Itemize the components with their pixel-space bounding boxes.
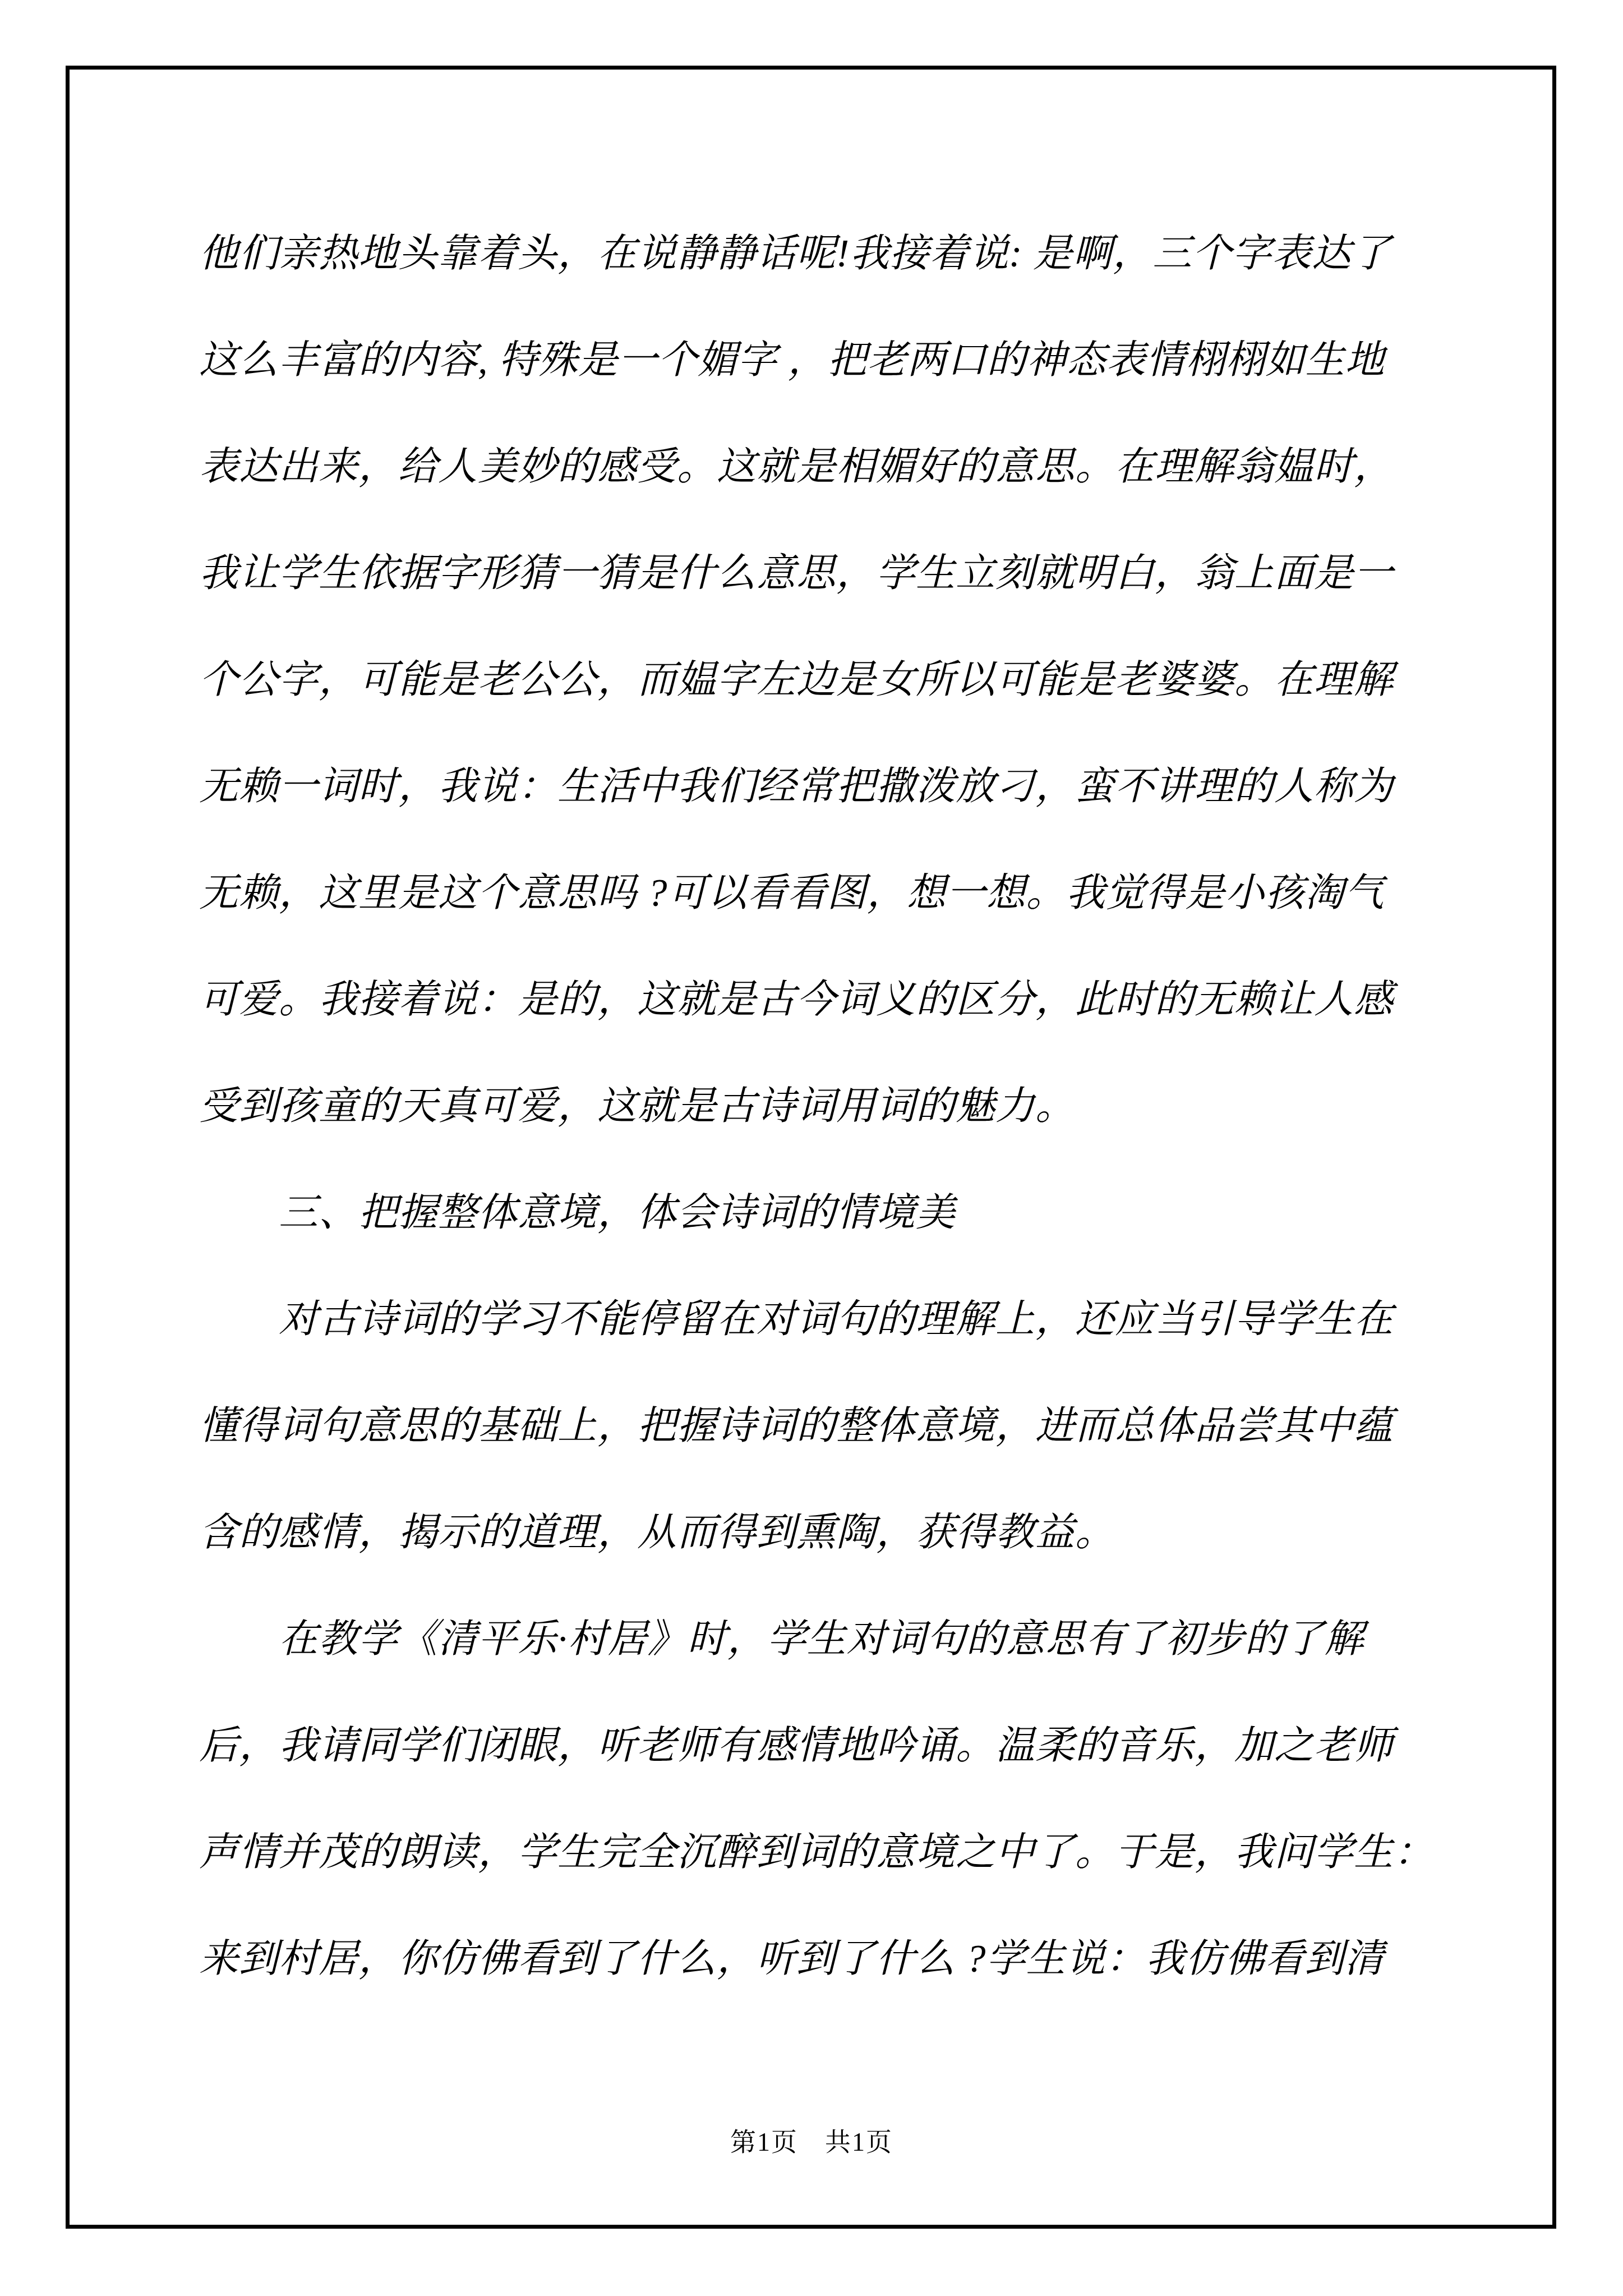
text-line: 对古诗词的学习不能停留在对词句的理解上，还应当引导学生在 bbox=[199, 1267, 1467, 1373]
document-page: 他们亲热地头靠着头，在说静静话呢!我接着说: 是啊，三个字表达了 这么丰富的内容… bbox=[0, 0, 1623, 2296]
page-number: 第1页 共1页 bbox=[0, 2122, 1623, 2159]
text-line: 在教学《清平乐·村居》时，学生对词句的意思有了初步的了解 bbox=[199, 1586, 1467, 1693]
text-line: 来到村居，你仿佛看到了什么，听到了什么 ?学生说：我仿佛看到清 bbox=[199, 1906, 1467, 2013]
text-line: 他们亲热地头靠着头，在说静静话呢!我接着说: 是啊，三个字表达了 bbox=[199, 201, 1467, 307]
text-line: 这么丰富的内容, 特殊是一个媚字 ，把老两口的神态表情栩栩如生地 bbox=[199, 307, 1467, 414]
section-heading: 三、把握整体意境，体会诗词的情境美 bbox=[199, 1160, 1467, 1267]
text-line: 表达出来，给人美妙的感受。这就是相媚好的意思。在理解翁媪时， bbox=[199, 414, 1467, 521]
text-line: 含的感情，揭示的道理，从而得到熏陶，获得教益。 bbox=[199, 1480, 1467, 1586]
text-line: 声情并茂的朗读，学生完全沉醉到词的意境之中了。于是，我问学生： bbox=[199, 1800, 1467, 1906]
text-line: 后，我请同学们闭眼，听老师有感情地吟诵。温柔的音乐，加之老师 bbox=[199, 1693, 1467, 1800]
text-line: 无赖，这里是这个意思吗 ?可以看看图，想一想。我觉得是小孩淘气 bbox=[199, 840, 1467, 947]
text-line: 个公字，可能是老公公，而媪字左边是女所以可能是老婆婆。在理解 bbox=[199, 627, 1467, 734]
text-line: 受到孩童的天真可爱，这就是古诗词用词的魅力。 bbox=[199, 1053, 1467, 1160]
text-line: 无赖一词时，我说：生活中我们经常把撒泼放刁，蛮不讲理的人称为 bbox=[199, 734, 1467, 840]
text-line: 可爱。我接着说：是的，这就是古今词义的区分，此时的无赖让人感 bbox=[199, 947, 1467, 1053]
document-body: 他们亲热地头靠着头，在说静静话呢!我接着说: 是啊，三个字表达了 这么丰富的内容… bbox=[199, 201, 1467, 2013]
text-line: 我让学生依据字形猜一猜是什么意思，学生立刻就明白，翁上面是一 bbox=[199, 521, 1467, 627]
text-line: 懂得词句意思的基础上，把握诗词的整体意境，进而总体品尝其中蕴 bbox=[199, 1373, 1467, 1480]
